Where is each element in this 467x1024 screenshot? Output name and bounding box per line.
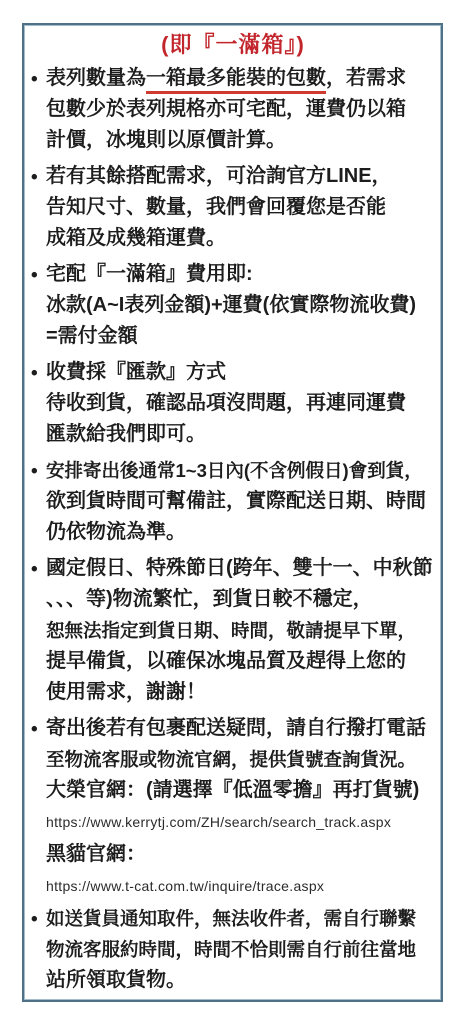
bullet-marker: • — [31, 456, 38, 487]
bullet-marker: • — [31, 554, 38, 585]
notice-item-payment-method: • 收費採『匯款』方式 待收到貨，確認品項沒問題，再連同運費 匯款給我們即可。 — [31, 357, 435, 450]
text-line: 待收到貨，確認品項沒問題，再連同運費 — [46, 388, 435, 419]
text-line: 安排寄出後通常1~3日內(不含例假日)會到貨， — [46, 455, 435, 486]
text-line: 欲到貨時間可幫備註，實際配送日期、時間 — [46, 486, 435, 517]
text-line: 表列數量為一箱最多能裝的包數，若需求 — [46, 63, 435, 94]
text-line: 使用需求，謝謝！ — [46, 677, 435, 708]
notice-border-box: (即『一滿箱』) • 表列數量為一箱最多能裝的包數，若需求 包數少於表列規格亦可… — [22, 23, 443, 1002]
notice-item-fee-formula: • 宅配『一滿箱』費用即: 冰款(A~I表列金額)+運費(依實際物流收費) =需… — [31, 259, 435, 352]
text-line: =需付金額 — [46, 321, 435, 352]
bullet-marker: • — [31, 260, 38, 291]
bullet-marker: • — [31, 904, 38, 935]
text-line: 站所領取貨物。 — [46, 965, 435, 996]
text-line: 告知尺寸、數量，我們會回覆您是否能 — [46, 192, 435, 223]
text-line: 包數少於表列規格亦可宅配，運費仍以箱 — [46, 94, 435, 125]
notice-item-box-capacity: • 表列數量為一箱最多能裝的包數，若需求 包數少於表列規格亦可宅配，運費仍以箱 … — [31, 63, 435, 156]
kerrytj-tracking-url: https://www.kerrytj.com/ZH/search/search… — [46, 812, 435, 832]
notice-item-holiday-notice: • 國定假日、特殊節日(跨年、雙十一、中秋節 、、、等)物流繁忙，到貨日較不穩定… — [31, 553, 435, 708]
text-segment: ，若需求 — [326, 67, 406, 89]
text-line: 黑貓官網： — [46, 839, 435, 870]
text-line: 至物流客服或物流官網，提供貨號查詢貨況。 — [46, 744, 435, 775]
text-segment: 表列數量為 — [46, 67, 146, 89]
text-line: 恕無法指定到貨日期、時間，敬請提早下單， — [46, 615, 435, 646]
text-line: 宅配『一滿箱』費用即: — [46, 259, 435, 290]
text-line: 、、、等)物流繁忙，到貨日較不穩定， — [46, 584, 435, 615]
text-line: 物流客服約時間，時間不恰則需自行前往當地 — [46, 934, 435, 965]
text-line: 計價，冰塊則以原價計算。 — [46, 125, 435, 156]
text-line: 國定假日、特殊節日(跨年、雙十一、中秋節 — [46, 553, 435, 584]
text-line: 如送貨員通知取件，無法收件者，需自行聯繫 — [46, 903, 435, 934]
notice-screenshot: (即『一滿箱』) • 表列數量為一箱最多能裝的包數，若需求 包數少於表列規格亦可… — [0, 0, 467, 1024]
text-line: 仍依物流為準。 — [46, 517, 435, 548]
notice-title: (即『一滿箱』) — [31, 30, 435, 60]
bullet-marker: • — [31, 714, 38, 745]
notice-item-pickup: • 如送貨員通知取件，無法收件者，需自行聯繫 物流客服約時間，時間不恰則需自行前… — [31, 903, 435, 996]
bullet-marker: • — [31, 162, 38, 193]
text-line: 冰款(A~I表列金額)+運費(依實際物流收費) — [46, 290, 435, 321]
notice-item-tracking: • 寄出後若有包裹配送疑問，請自行撥打電話 至物流客服或物流官網，提供貨號查詢貨… — [31, 713, 435, 896]
bullet-marker: • — [31, 64, 38, 95]
text-line: 若有其餘搭配需求，可洽詢官方LINE， — [46, 161, 435, 192]
text-line: 大榮官網：(請選擇『低溫零擔』再打貨號) — [46, 775, 435, 806]
text-line: 寄出後若有包裹配送疑問，請自行撥打電話 — [46, 713, 435, 744]
text-line: 成箱及成幾箱運費。 — [46, 223, 435, 254]
notice-item-line-inquiry: • 若有其餘搭配需求，可洽詢官方LINE， 告知尺寸、數量，我們會回覆您是否能 … — [31, 161, 435, 254]
tcat-tracking-url: https://www.t-cat.com.tw/inquire/trace.a… — [46, 876, 435, 896]
notice-item-delivery-time: • 安排寄出後通常1~3日內(不含例假日)會到貨， 欲到貨時間可幫備註，實際配送… — [31, 455, 435, 548]
highlight-underline-text: 一箱最多能裝的包數 — [146, 66, 326, 94]
text-line: 匯款給我們即可。 — [46, 419, 435, 450]
bullet-marker: • — [31, 358, 38, 389]
text-line: 提早備貨，以確保冰塊品質及趕得上您的 — [46, 646, 435, 677]
text-line: 收費採『匯款』方式 — [46, 357, 435, 388]
